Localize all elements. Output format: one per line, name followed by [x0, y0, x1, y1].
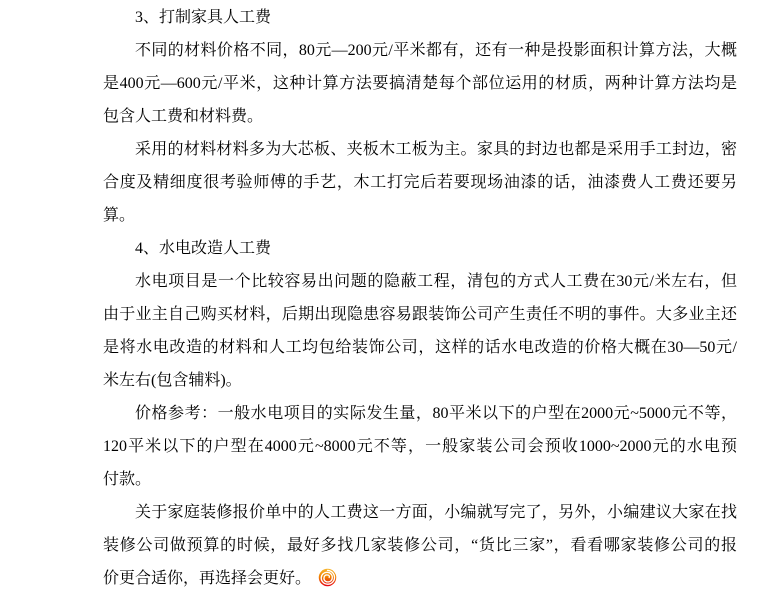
text-line: 算。: [103, 199, 737, 232]
text-line: 4、水电改造人工费: [103, 232, 737, 265]
text-line: 由于业主自己购买材料，后期出现隐患容易跟装饰公司产生责任不明的事件。大多业主还: [103, 298, 737, 331]
text-line: 是400元—600元/平米，这种计算方法要搞清楚每个部位运用的材质，两种计算方法…: [103, 67, 737, 100]
text-line: 装修公司做预算的时候，最好多找几家装修公司，“货比三家”，看看哪家装修公司的报: [103, 529, 737, 562]
text-line: 采用的材料材料多为大芯板、夹板木工板为主。家具的封边也都是采用手工封边，密: [103, 133, 737, 166]
text-line: 是将水电改造的材料和人工均包给装饰公司，这样的话水电改造的价格大概在30—50元…: [103, 331, 737, 364]
paragraph: 水电项目是一个比较容易出问题的隐蔽工程，清包的方式人工费在30元/米左右，但由于…: [103, 265, 737, 397]
paragraph: 关于家庭装修报价单中的人工费这一方面，小编就写完了，另外，小编建议大家在找装修公…: [103, 496, 737, 595]
text-line: 水电项目是一个比较容易出问题的隐蔽工程，清包的方式人工费在30元/米左右，但: [103, 265, 737, 298]
paragraph: 不同的材料价格不同，80元—200元/平米都有，还有一种是投影面积计算方法，大概…: [103, 34, 737, 133]
paragraph: 价格参考：一般水电项目的实际发生量，80平米以下的户型在2000元~5000元不…: [103, 397, 737, 496]
text-line: 包含人工费和材料费。: [103, 100, 737, 133]
text-line: 不同的材料价格不同，80元—200元/平米都有，还有一种是投影面积计算方法，大概: [103, 34, 737, 67]
text-line: 3、打制家具人工费: [103, 1, 737, 34]
text-line: 价格参考：一般水电项目的实际发生量，80平米以下的户型在2000元~5000元不…: [103, 397, 737, 430]
section-heading: 3、打制家具人工费: [103, 1, 737, 34]
text-line: 关于家庭装修报价单中的人工费这一方面，小编就写完了，另外，小编建议大家在找: [103, 496, 737, 529]
document-body: 3、打制家具人工费不同的材料价格不同，80元—200元/平米都有，还有一种是投影…: [0, 0, 759, 609]
section-heading: 4、水电改造人工费: [103, 232, 737, 265]
text-line: 付款。: [103, 463, 737, 496]
text-line: 价更合适你，再选择会更好。: [103, 562, 737, 595]
text-line: 米左右(包含辅料)。: [103, 364, 737, 397]
text-line: 120平米以下的户型在4000元~8000元不等，一般家装公司会预收1000~2…: [103, 430, 737, 463]
text-line: 合度及精细度很考验师傅的手艺，木工打完后若要现场油漆的话，油漆费人工费还要另: [103, 166, 737, 199]
paragraph: 采用的材料材料多为大芯板、夹板木工板为主。家具的封边也都是采用手工封边，密合度及…: [103, 133, 737, 232]
phoenix-logo-icon: [318, 568, 337, 587]
